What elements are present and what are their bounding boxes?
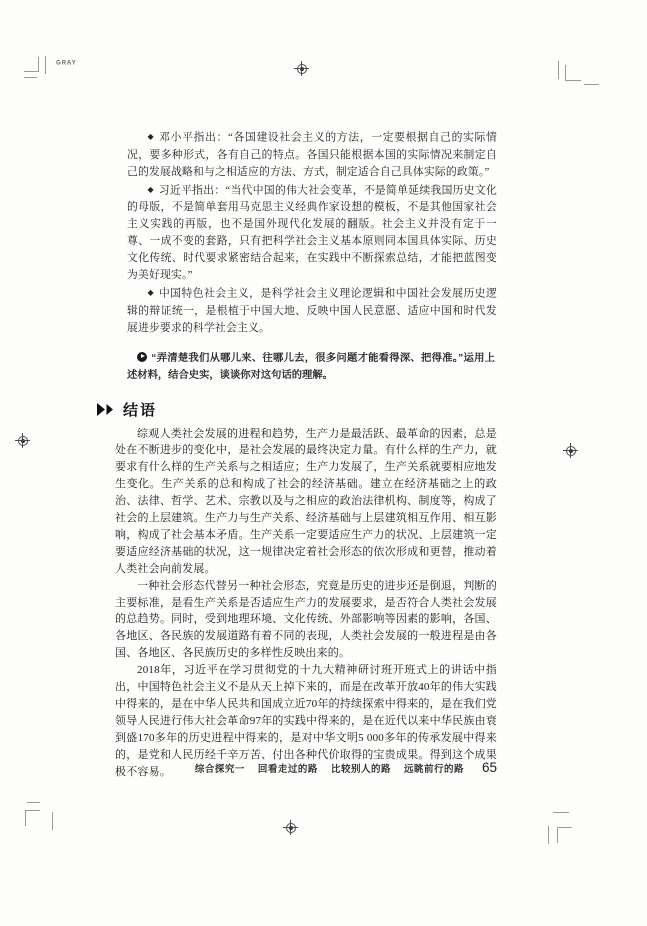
registration-mark-icon	[294, 61, 309, 76]
crop-mark-dash	[27, 802, 40, 803]
page-content: ◆邓小平指出：“各国建设社会主义的方法，一定要根据自己的实际情况，要多种形式，各…	[115, 128, 497, 781]
diamond-bullet-icon: ◆	[148, 288, 154, 297]
quotation-block: ◆邓小平指出：“各国建设社会主义的方法，一定要根据自己的实际情况，要多种形式，各…	[127, 128, 497, 337]
diamond-bullet-icon: ◆	[148, 185, 154, 194]
registration-mark-icon	[563, 443, 578, 458]
crop-mark-dash	[584, 84, 599, 85]
crop-mark-bottom-right	[557, 827, 572, 843]
textbook-page: GRAY ◆邓小平指出：“各国建设社会主义的方法，一定要根据自己的实际情况，要多…	[0, 0, 647, 926]
crop-mark-tick	[52, 812, 53, 830]
crop-mark-top-right	[565, 65, 581, 81]
quote-paragraph: ◆中国特色社会主义，是科学社会主义理论逻辑和中国社会发展历史逻辑的辩证统一，是根…	[127, 284, 497, 337]
activity-prompt: “弄清楚我们从哪儿来、往哪儿去，很多问题才能看得深、把得准。”运用上述材料，结合…	[127, 350, 495, 384]
registration-mark-icon	[283, 820, 298, 835]
footer-path-item: 比较别人的路	[331, 761, 391, 775]
crop-mark-dash	[24, 77, 37, 78]
quote-paragraph: ◆邓小平指出：“各国建设社会主义的方法，一定要根据自己的实际情况，要多种形式，各…	[127, 128, 497, 181]
footer-section-label: 综合探究一	[195, 761, 245, 775]
activity-text: “弄清楚我们从哪儿来、往哪儿去，很多问题才能看得深、把得准。”运用上述材料，结合…	[127, 353, 495, 381]
conclusion-paragraph: 一种社会形态代替另一种社会形态，究竟是历史的进步还是倒退，判断的主要标准，是看生…	[115, 578, 497, 663]
page-number: 65	[482, 760, 497, 775]
crop-mark-dash	[553, 812, 569, 813]
footer-path-item: 回看走过的路	[258, 761, 318, 775]
conclusion-body: 综观人类社会发展的进程和趋势，生产力是最活跃、最革命的因素，总是处在不断进步的变…	[115, 426, 497, 781]
activity-play-icon	[137, 352, 147, 362]
conclusion-section-header: 结语	[97, 399, 497, 420]
quote-text: 中国特色社会主义，是科学社会主义理论逻辑和中国社会发展历史逻辑的辩证统一，是根植…	[127, 288, 497, 334]
print-plate-label: GRAY	[56, 59, 77, 66]
double-arrow-marker-icon	[97, 403, 114, 416]
conclusion-paragraph: 综观人类社会发展的进程和趋势，生产力是最活跃、最革命的因素，总是处在不断进步的变…	[115, 426, 497, 578]
diamond-bullet-icon: ◆	[148, 132, 155, 141]
crop-mark-tick	[558, 61, 559, 79]
crop-mark-top-left	[24, 57, 39, 72]
crop-mark-bottom-left	[25, 810, 40, 826]
quote-text: 习近平指出：“当代中国的伟大社会变革，不是简单延续我国历史文化的母版，不是简单套…	[127, 184, 497, 281]
crop-mark-tick	[548, 826, 549, 844]
footer-path-item: 远眺前行的路	[404, 761, 464, 775]
page-footer: 综合探究一 回看走过的路 比较别人的路 远眺前行的路 65	[115, 760, 497, 775]
quote-paragraph: ◆习近平指出：“当代中国的伟大社会变革，不是简单延续我国历史文化的母版，不是简单…	[127, 181, 497, 285]
registration-mark-icon	[15, 433, 30, 448]
conclusion-title-text: 结语	[123, 399, 157, 420]
quote-text: 邓小平指出：“各国建设社会主义的方法，一定要根据自己的实际情况，要多种形式，各有…	[127, 132, 497, 178]
crop-mark-tick	[45, 56, 46, 74]
